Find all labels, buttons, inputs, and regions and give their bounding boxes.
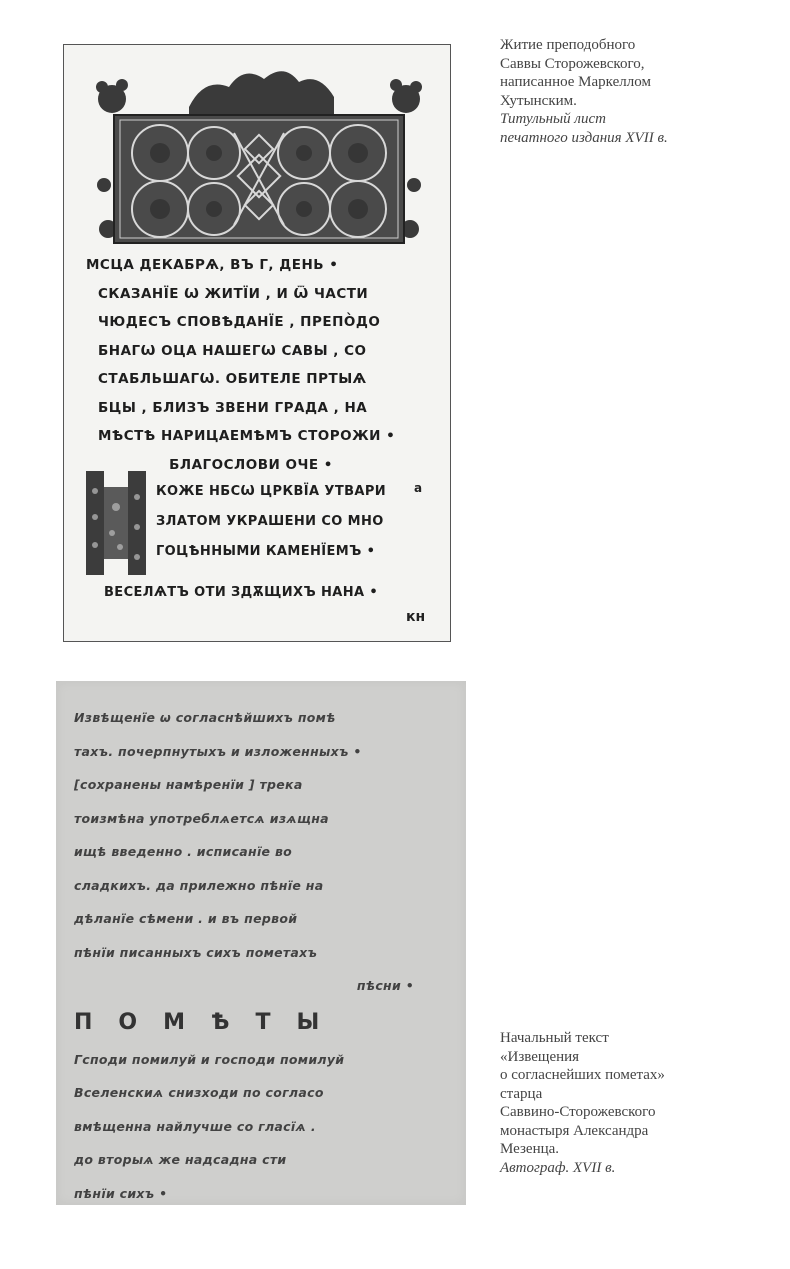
printed-line: гоцѣнными каменїемъ • (156, 537, 416, 567)
printed-line: стабльшагѡ. обителе пртыѧ (86, 365, 416, 394)
caption-printed-title-page: Житие преподобного Саввы Сторожевского, … (500, 36, 790, 147)
manuscript-line: дѣланїе сѣмени . и въ первой (74, 902, 454, 936)
manuscript-line: ищѣ введенно . исписанїе во (74, 835, 454, 869)
manuscript-line: Гсподи помилуй и господи помилуй (74, 1043, 454, 1077)
caption-line: Начальный текст (500, 1029, 790, 1048)
printed-line: мѣстѣ нарицаемѣмъ сторожи • (86, 422, 416, 451)
manuscript-line: пѣнїи сихъ • (74, 1177, 454, 1211)
manuscript-line: Извѣщенїе ѡ согласнѣйшихъ помѣ (74, 701, 454, 735)
manuscript-line: до вторыѧ же надсадна сти (74, 1143, 454, 1177)
printed-text-block: Мсца декабрѧ, въ г, день • сказанїе ѡ жи… (86, 251, 416, 479)
printed-line: златом украшени со мно (156, 507, 416, 537)
heading-letter: О (118, 1010, 163, 1035)
printed-line: Мсца декабрѧ, въ г, день • (86, 251, 416, 280)
manuscript-line: сладкихъ. да прилежно пѣнїе на (74, 869, 454, 903)
caption-line: Саввы Сторожевского, (500, 55, 790, 74)
printed-line: бцы , близъ звени града , на (86, 394, 416, 423)
caption-line: Житие преподобного (500, 36, 790, 55)
manuscript-line: [сохранены намѣренїи ] трека (74, 768, 454, 802)
manuscript-text-block: Извѣщенїе ѡ согласнѣйшихъ помѣ тахъ. поч… (74, 701, 454, 1210)
drop-cap-icon (84, 467, 148, 579)
caption-line: написанное Маркеллом (500, 73, 790, 92)
manuscript-line: Вселенскиѧ снизходи по согласо (74, 1076, 454, 1110)
drop-cap-text-block: коже нбсѡ црквїа утвари златом украшени … (156, 477, 416, 567)
caption-italic-line: Автограф. XVII в. (500, 1159, 790, 1178)
heading-letter: П (74, 1010, 118, 1035)
caption-line: Саввино-Сторожевского (500, 1103, 790, 1122)
manuscript-line: тахъ. почерпнутыхъ и изложенныхъ • (74, 735, 454, 769)
caption-line: «Извещения (500, 1048, 790, 1067)
caption-italic-line: печатного издания XVII в. (500, 129, 790, 148)
caption-line: монастыря Александра (500, 1122, 790, 1141)
caption-italic-line: Титульный лист (500, 110, 790, 129)
printed-line: бнагѡ оца нашегѡ савы , со (86, 337, 416, 366)
heading-letter: М (163, 1010, 211, 1035)
caption-line: Мезенца. (500, 1140, 790, 1159)
printed-title-page-illustration: Мсца декабрѧ, въ г, день • сказанїе ѡ жи… (63, 44, 451, 642)
manuscript-line: пѣсни • (74, 969, 454, 1003)
manuscript-line: тоизмѣна употреблѧетсѧ изѧщна (74, 802, 454, 836)
printed-line: сказанїе ѡ житїи , и ѿ части (86, 280, 416, 309)
manuscript-autograph-illustration: Извѣщенїе ѡ согласнѣйшихъ помѣ тахъ. поч… (56, 681, 466, 1205)
printed-line: чюдесъ сповѣданїе , препо̀до (86, 308, 416, 337)
caption-manuscript-autograph: Начальный текст «Извещения о согласнейши… (500, 1029, 790, 1177)
caption-line: старца (500, 1085, 790, 1104)
printed-line: коже нбсѡ црквїа утвари (156, 477, 416, 507)
manuscript-heading: ПОМѢТЫ (74, 1003, 454, 1043)
heading-letter: Ѣ (211, 1010, 256, 1035)
printed-line: веселѧтъ оти здѫщихъ нана • (104, 585, 424, 600)
signature-mark: кн (406, 609, 425, 625)
caption-line: о согласнейших пометах» (500, 1066, 790, 1085)
manuscript-line: пѣнїи писанныхъ сихъ пометахъ (74, 936, 454, 970)
caption-line: Хутынским. (500, 92, 790, 111)
heading-letter: Т (256, 1010, 297, 1035)
manuscript-line: вмѣщенна найлучше со гласїѧ . (74, 1110, 454, 1144)
signature-mark: а (414, 481, 422, 495)
ornamental-headpiece-icon (94, 57, 424, 247)
heading-letter: Ы (297, 1010, 346, 1035)
